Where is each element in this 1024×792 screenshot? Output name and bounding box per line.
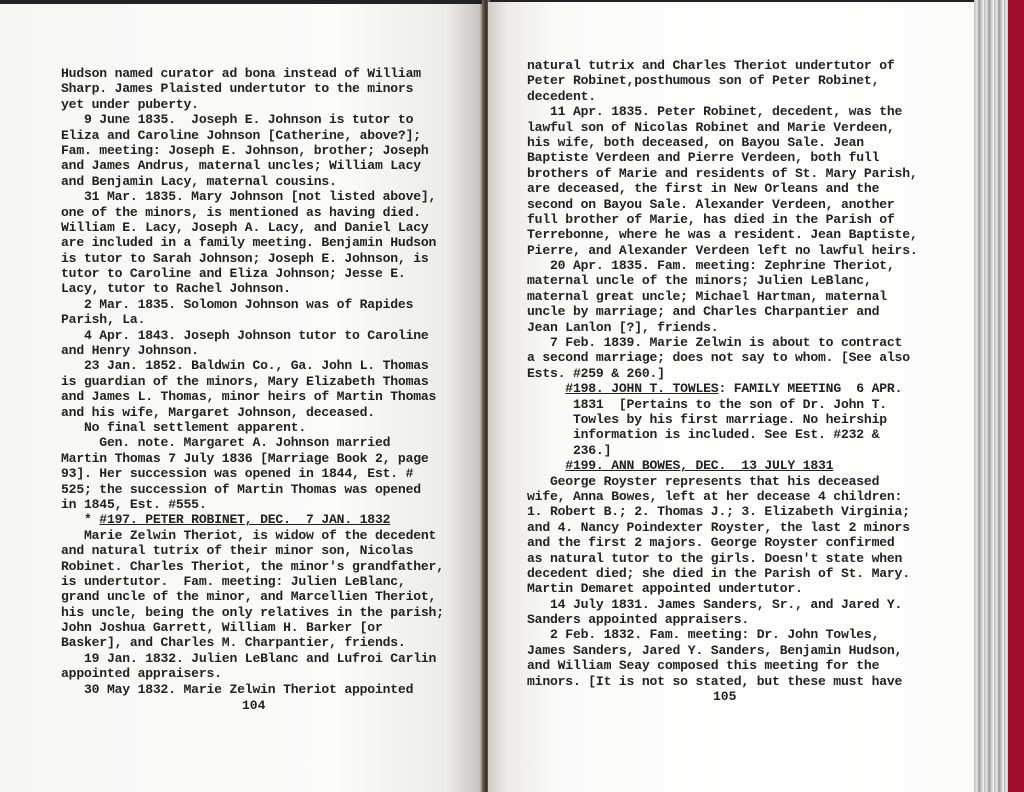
text-line: decedent. (527, 89, 918, 104)
text-line: minors. [It is not so stated, but these … (527, 674, 918, 689)
right-page: natural tutrix and Charles Theriot under… (488, 2, 974, 792)
text-line: uncle by marriage; and Charles Charpanti… (527, 304, 918, 319)
estate-heading: #199. ANN BOWES, DEC. 13 JULY 1831 (527, 458, 918, 473)
text-line: are deceased, the first in New Orleans a… (527, 181, 918, 196)
text-line: No final settlement apparent. (61, 420, 444, 435)
text-line: maternal great uncle; Michael Hartman, m… (527, 289, 918, 304)
text-line: is guardian of the minors, Mary Elizabet… (61, 374, 444, 389)
right-page-number: 105 (713, 689, 736, 704)
estate-heading: #198. JOHN T. TOWLES: FAMILY MEETING 6 A… (527, 381, 918, 396)
text-line: natural tutrix and Charles Theriot under… (527, 58, 918, 73)
book-cover-edge (1008, 0, 1024, 792)
text-line: Martin Demaret appointed undertutor. (527, 581, 918, 596)
text-line: grand uncle of the minor, and Marcellien… (61, 589, 444, 604)
text-line: 4 Apr. 1843. Joseph Johnson tutor to Car… (61, 328, 444, 343)
text-line: and natural tutrix of their minor son, N… (61, 543, 444, 558)
text-line: Pierre, and Alexander Verdeen left no la… (527, 243, 918, 258)
text-line: as natural tutor to the girls. Doesn't s… (527, 551, 918, 566)
text-line: William E. Lacy, Joseph A. Lacy, and Dan… (61, 220, 444, 235)
text-line: is undertutor. Fam. meeting: Julien LeBl… (61, 574, 444, 589)
text-line: Hudson named curator ad bona instead of … (61, 66, 444, 81)
text-line: 31 Mar. 1835. Mary Johnson [not listed a… (61, 189, 444, 204)
text-line: full brother of Marie, has died in the P… (527, 212, 918, 227)
text-line: 14 July 1831. James Sanders, Sr., and Ja… (527, 597, 918, 612)
text-line: Marie Zelwin Theriot, is widow of the de… (61, 528, 444, 543)
text-line: one of the minors, is mentioned as havin… (61, 205, 444, 220)
text-line: Jean Lanlon [?], friends. (527, 320, 918, 335)
text-line: 30 May 1832. Marie Zelwin Theriot appoin… (61, 682, 444, 697)
text-line: wife, Anna Bowes, left at her decease 4 … (527, 489, 918, 504)
estate-heading-title: #199. ANN BOWES, DEC. 13 JULY 1831 (565, 458, 833, 473)
text-line: Gen. note. Margaret A. Johnson married (61, 435, 444, 450)
left-page-text: Hudson named curator ad bona instead of … (61, 66, 444, 697)
text-line: Terrebonne, where he was a resident. Jea… (527, 227, 918, 242)
text-line: 525; the succession of Martin Thomas was… (61, 482, 444, 497)
text-line: maternal uncle of the minors; Julien LeB… (527, 273, 918, 288)
text-line: Robinet. Charles Theriot, the minor's gr… (61, 559, 444, 574)
text-line: Peter Robinet,posthumous son of Peter Ro… (527, 73, 918, 88)
text-line: tutor to Caroline and Eliza Johnson; Jes… (61, 266, 444, 281)
text-line: yet under puberty. (61, 97, 444, 112)
right-page-text: natural tutrix and Charles Theriot under… (527, 58, 918, 689)
text-line: and his wife, Margaret Johnson, deceased… (61, 405, 444, 420)
estate-heading-title: #197. PETER ROBINET, DEC. 7 JAN. 1832 (99, 512, 390, 527)
text-line: lawful son of Nicolas Robinet and Marie … (527, 120, 918, 135)
text-line: 19 Jan. 1832. Julien LeBlanc and Lufroi … (61, 651, 444, 666)
page-stack-edges (974, 0, 1008, 792)
text-line: George Royster represents that his decea… (527, 474, 918, 489)
text-line: appointed appraisers. (61, 666, 444, 681)
text-line: Towles by his first marriage. No heirshi… (527, 412, 918, 427)
text-line: James Sanders, Jared Y. Sanders, Benjami… (527, 643, 918, 658)
text-line: Sanders appointed appraisers. (527, 612, 918, 627)
text-line: information is included. See Est. #232 & (527, 427, 918, 442)
text-line: brothers of Marie and residents of St. M… (527, 166, 918, 181)
text-line: a second marriage; does not say to whom.… (527, 350, 918, 365)
text-line: 93]. Her succession was opened in 1844, … (61, 466, 444, 481)
text-line: and William Seay composed this meeting f… (527, 658, 918, 673)
text-line: in 1845, Est. #555. (61, 497, 444, 512)
text-line: is tutor to Sarah Johnson; Joseph E. Joh… (61, 251, 444, 266)
left-page: Hudson named curator ad bona instead of … (0, 4, 484, 792)
text-line: and Henry Johnson. (61, 343, 444, 358)
text-line: and 4. Nancy Poindexter Royster, the las… (527, 520, 918, 535)
text-line: Lacy, tutor to Rachel Johnson. (61, 281, 444, 296)
text-line: and the first 2 majors. George Royster c… (527, 535, 918, 550)
text-line: his wife, both deceased, on Bayou Sale. … (527, 135, 918, 150)
text-line: Martin Thomas 7 July 1836 [Marriage Book… (61, 451, 444, 466)
text-line: 2 Feb. 1832. Fam. meeting: Dr. John Towl… (527, 627, 918, 642)
text-line: Baptiste Verdeen and Pierre Verdeen, bot… (527, 150, 918, 165)
text-line: Ests. #259 & 260.] (527, 366, 918, 381)
text-line: Parish, La. (61, 312, 444, 327)
text-line: and Benjamin Lacy, maternal cousins. (61, 174, 444, 189)
text-line: his uncle, being the only relatives in t… (61, 605, 444, 620)
text-line: Basker], and Charles M. Charpantier, fri… (61, 635, 444, 650)
text-line: Sharp. James Plaisted undertutor to the … (61, 81, 444, 96)
text-line: Eliza and Caroline Johnson [Catherine, a… (61, 128, 444, 143)
text-line: and James Andrus, maternal uncles; Willi… (61, 158, 444, 173)
text-line: 1831 [Pertains to the son of Dr. John T. (527, 397, 918, 412)
estate-heading-title: #198. JOHN T. TOWLES (565, 381, 718, 396)
open-book: Hudson named curator ad bona instead of … (0, 0, 1024, 792)
text-line: 236.] (527, 443, 918, 458)
text-line: 2 Mar. 1835. Solomon Johnson was of Rapi… (61, 297, 444, 312)
text-line: 7 Feb. 1839. Marie Zelwin is about to co… (527, 335, 918, 350)
text-line: are included in a family meeting. Benjam… (61, 235, 444, 250)
text-line: John Joshua Garrett, William H. Barker [… (61, 620, 444, 635)
text-line: and James L. Thomas, minor heirs of Mart… (61, 389, 444, 404)
text-line: second on Bayou Sale. Alexander Verdeen,… (527, 197, 918, 212)
text-line: decedent died; she died in the Parish of… (527, 566, 918, 581)
text-line: 9 June 1835. Joseph E. Johnson is tutor … (61, 112, 444, 127)
text-line: 11 Apr. 1835. Peter Robinet, decedent, w… (527, 104, 918, 119)
text-line: 20 Apr. 1835. Fam. meeting: Zephrine The… (527, 258, 918, 273)
text-line: Fam. meeting: Joseph E. Johnson, brother… (61, 143, 444, 158)
left-page-number: 104 (242, 698, 265, 713)
text-line: 1. Robert B.; 2. Thomas J.; 3. Elizabeth… (527, 504, 918, 519)
text-line: 23 Jan. 1852. Baldwin Co., Ga. John L. T… (61, 358, 444, 373)
estate-heading: * #197. PETER ROBINET, DEC. 7 JAN. 1832 (61, 512, 444, 527)
